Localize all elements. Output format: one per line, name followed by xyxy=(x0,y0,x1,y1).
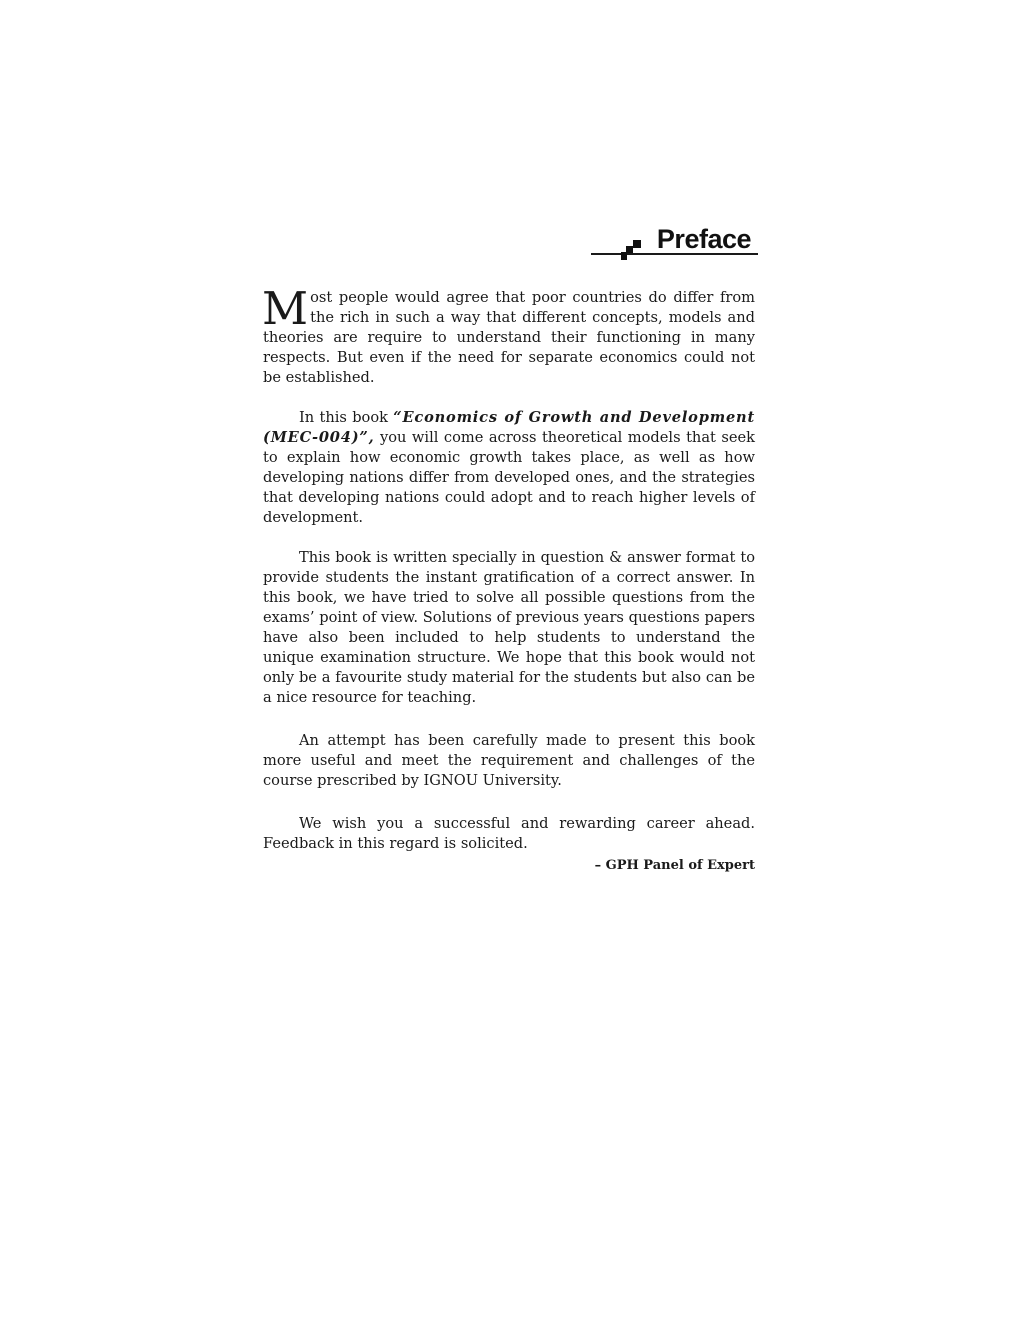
paragraph-lead: In this book xyxy=(299,409,393,426)
signature: – GPH Panel of Expert xyxy=(263,856,755,876)
paragraph-text: ost people would agree that poor countri… xyxy=(263,289,755,386)
page-title: Preface xyxy=(657,224,751,254)
preface-page: Preface Most people would agree that poo… xyxy=(263,222,755,876)
paragraph-format: This book is written specially in questi… xyxy=(263,548,755,708)
paragraph-text: An attempt has been carefully made to pr… xyxy=(263,732,755,789)
drop-cap: M xyxy=(262,290,308,328)
preface-heading: Preface xyxy=(263,222,755,262)
paragraph-book-description: In this book “Economics of Growth and De… xyxy=(263,408,755,528)
paragraph-text: This book is written specially in questi… xyxy=(263,549,755,706)
paragraph-text: We wish you a successful and rewarding c… xyxy=(263,815,755,852)
paragraph-closing: We wish you a successful and rewarding c… xyxy=(263,814,755,854)
paragraph-intro: Most people would agree that poor countr… xyxy=(263,288,755,388)
stair-step-squares-icon xyxy=(621,238,641,260)
paragraph-attempt: An attempt has been carefully made to pr… xyxy=(263,731,755,791)
